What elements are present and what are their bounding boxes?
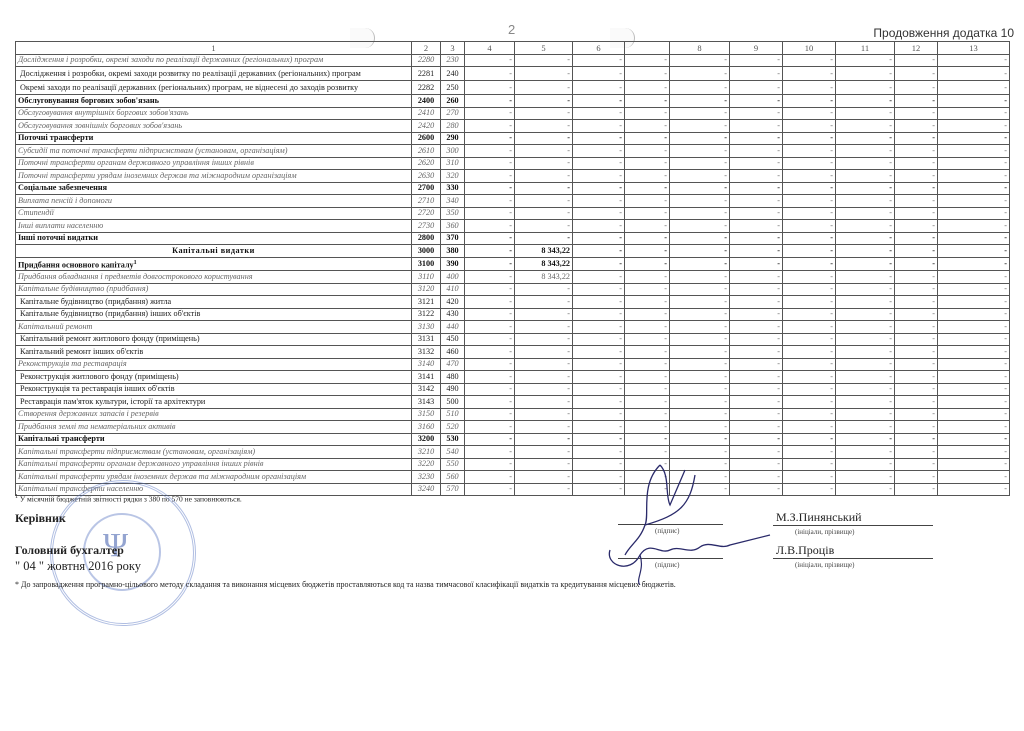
row-row: 570 [441, 483, 465, 496]
value-cell: - [465, 458, 515, 471]
table-row: Окремі заходи по реалізації державних (р… [16, 81, 1010, 95]
row-name: Субсидії та поточні трансферти підприємс… [16, 145, 412, 158]
value-cell: - [515, 458, 573, 471]
table-row: Придбання основного капіталу13100390-8 3… [16, 257, 1010, 271]
value-cell: - [670, 257, 730, 271]
row-row: 310 [441, 157, 465, 170]
value-cell: - [515, 54, 573, 67]
value-cell: - [938, 371, 1010, 384]
column-header: 2 [412, 42, 441, 55]
value-cell: - [895, 283, 938, 296]
column-header: 9 [730, 42, 783, 55]
value-cell: - [836, 433, 895, 446]
value-cell: - [938, 346, 1010, 359]
value-cell: - [938, 271, 1010, 284]
table-row: Соціальне забезпечення2700330---------- [16, 182, 1010, 195]
value-cell: - [625, 132, 670, 145]
row-code: 2410 [412, 107, 441, 120]
value-cell: - [465, 220, 515, 233]
value-cell: - [465, 383, 515, 396]
row-row: 470 [441, 358, 465, 371]
value-cell: - [836, 358, 895, 371]
value-cell: - [895, 471, 938, 484]
value-cell: - [573, 145, 625, 158]
value-cell: - [730, 107, 783, 120]
value-cell: - [895, 182, 938, 195]
value-cell: - [783, 271, 836, 284]
value-cell: - [938, 446, 1010, 459]
value-cell: - [895, 371, 938, 384]
value-cell: - [895, 157, 938, 170]
value-cell: - [625, 220, 670, 233]
value-cell: - [670, 107, 730, 120]
value-cell: - [730, 257, 783, 271]
row-code: 3110 [412, 271, 441, 284]
value-cell: - [730, 95, 783, 108]
row-row: 560 [441, 471, 465, 484]
row-row: 260 [441, 95, 465, 108]
value-cell: - [465, 358, 515, 371]
row-row: 300 [441, 145, 465, 158]
value-cell: - [938, 458, 1010, 471]
value-cell: - [670, 271, 730, 284]
row-name: Капітальний ремонт інших об'єктів [16, 346, 412, 359]
value-cell: - [465, 283, 515, 296]
value-cell: - [938, 333, 1010, 346]
expenditure-table: 1234568910111213 Дослідження і розробки,… [15, 41, 1010, 496]
value-cell: 8 343,22 [515, 271, 573, 284]
value-cell: - [938, 483, 1010, 496]
value-cell: - [515, 358, 573, 371]
value-cell: - [465, 396, 515, 409]
row-row: 280 [441, 120, 465, 133]
row-name: Капітальне будівництво (придбання) житла [16, 296, 412, 309]
value-cell: - [895, 433, 938, 446]
table-row: Капітальні трансферти органам державного… [16, 458, 1010, 471]
value-cell: - [573, 333, 625, 346]
value-cell: - [573, 107, 625, 120]
table-header-row: 1234568910111213 [16, 42, 1010, 55]
value-cell: - [730, 421, 783, 434]
row-code: 2630 [412, 170, 441, 183]
value-cell: - [670, 383, 730, 396]
value-cell: - [836, 283, 895, 296]
value-cell: - [465, 81, 515, 95]
table-row: Капітальне будівництво (придбання) житла… [16, 296, 1010, 309]
value-cell: - [573, 346, 625, 359]
row-row: 500 [441, 396, 465, 409]
value-cell: - [625, 182, 670, 195]
value-cell: - [515, 67, 573, 81]
value-cell: - [465, 257, 515, 271]
value-cell: - [783, 408, 836, 421]
value-cell: - [783, 383, 836, 396]
row-row: 520 [441, 421, 465, 434]
column-header [625, 42, 670, 55]
value-cell: - [783, 67, 836, 81]
table-row: Капітальний ремонт3130440---------- [16, 321, 1010, 334]
row-row: 380 [441, 245, 465, 258]
value-cell: - [836, 471, 895, 484]
value-cell: - [730, 157, 783, 170]
value-cell: - [730, 67, 783, 81]
value-cell: - [836, 446, 895, 459]
row-row: 420 [441, 296, 465, 309]
row-row: 330 [441, 182, 465, 195]
row-code: 3131 [412, 333, 441, 346]
value-cell: - [836, 54, 895, 67]
table-row: Інші поточні видатки2800370---------- [16, 232, 1010, 245]
value-cell: - [783, 107, 836, 120]
value-cell: - [836, 483, 895, 496]
row-code: 2282 [412, 81, 441, 95]
value-cell: - [625, 120, 670, 133]
value-cell: - [515, 107, 573, 120]
table-row: Реконструкція житлового фонду (приміщень… [16, 371, 1010, 384]
row-code: 2710 [412, 195, 441, 208]
value-cell: - [670, 81, 730, 95]
table-row: Дослідження і розробки, окремі заходи ро… [16, 67, 1010, 81]
value-cell: - [573, 54, 625, 67]
value-cell: - [730, 321, 783, 334]
table-row: Капітальний ремонт інших об'єктів3132460… [16, 346, 1010, 359]
column-header: 12 [895, 42, 938, 55]
value-cell: - [515, 346, 573, 359]
row-name: Капітальні трансферти [16, 433, 412, 446]
page-number: 2 [508, 22, 515, 37]
row-code: 2800 [412, 232, 441, 245]
row-name: Капітальне будівництво (придбання) [16, 283, 412, 296]
value-cell: - [465, 446, 515, 459]
value-cell: - [625, 170, 670, 183]
value-cell: - [573, 283, 625, 296]
value-cell: - [515, 120, 573, 133]
row-name: Окремі заходи по реалізації державних (р… [16, 81, 412, 95]
value-cell: - [670, 67, 730, 81]
value-cell: - [730, 170, 783, 183]
row-row: 400 [441, 271, 465, 284]
value-cell: - [670, 195, 730, 208]
row-name: Капітальні трансферти органам державного… [16, 458, 412, 471]
value-cell: - [895, 333, 938, 346]
value-cell: - [625, 408, 670, 421]
value-cell: - [730, 195, 783, 208]
value-cell: - [938, 471, 1010, 484]
value-cell: - [783, 396, 836, 409]
row-code: 2720 [412, 207, 441, 220]
value-cell: - [730, 296, 783, 309]
value-cell: - [730, 182, 783, 195]
row-code: 3100 [412, 257, 441, 271]
table-row: Придбання землі та нематеріальних активі… [16, 421, 1010, 434]
value-cell: - [836, 308, 895, 321]
row-name: Створення державних запасів і резервів [16, 408, 412, 421]
row-name: Дослідження і розробки, окремі заходи по… [16, 54, 412, 67]
value-cell: - [625, 321, 670, 334]
row-name: Капітальні видатки [16, 245, 412, 258]
value-cell: - [783, 182, 836, 195]
handwritten-signatures [600, 455, 800, 585]
value-cell: - [836, 232, 895, 245]
value-cell: - [895, 483, 938, 496]
value-cell: - [730, 371, 783, 384]
value-cell: - [465, 145, 515, 158]
value-cell: - [730, 333, 783, 346]
row-code: 2600 [412, 132, 441, 145]
value-cell: - [895, 95, 938, 108]
value-cell: - [938, 232, 1010, 245]
value-cell: - [515, 283, 573, 296]
row-name: Поточні трансферти урядам іноземних держ… [16, 170, 412, 183]
row-code: 3143 [412, 396, 441, 409]
row-row: 340 [441, 195, 465, 208]
value-cell: - [938, 157, 1010, 170]
accountant-name-caption: (ініціали, прізвище) [795, 561, 854, 569]
value-cell: - [730, 271, 783, 284]
row-name: Придбання обладнання і предметів довгост… [16, 271, 412, 284]
value-cell: - [938, 296, 1010, 309]
value-cell: - [625, 371, 670, 384]
value-cell: - [573, 232, 625, 245]
value-cell: - [836, 371, 895, 384]
value-cell: - [515, 383, 573, 396]
value-cell: - [515, 321, 573, 334]
value-cell: - [836, 383, 895, 396]
row-name: Інші виплати населенню [16, 220, 412, 233]
value-cell: - [783, 54, 836, 67]
value-cell: - [938, 81, 1010, 95]
value-cell: - [670, 421, 730, 434]
row-name: Поточні трансферти [16, 132, 412, 145]
value-cell: - [625, 195, 670, 208]
value-cell: - [836, 195, 895, 208]
value-cell: - [783, 333, 836, 346]
value-cell: - [836, 396, 895, 409]
row-row: 480 [441, 371, 465, 384]
value-cell: - [895, 67, 938, 81]
value-cell: - [730, 245, 783, 258]
row-name: Стипендії [16, 207, 412, 220]
value-cell: - [625, 95, 670, 108]
value-cell: - [573, 67, 625, 81]
row-row: 510 [441, 408, 465, 421]
value-cell: - [836, 257, 895, 271]
value-cell: - [730, 383, 783, 396]
value-cell: - [573, 271, 625, 284]
value-cell: - [836, 182, 895, 195]
table-row: Реконструкція та реставрація інших об'єк… [16, 383, 1010, 396]
row-code: 3210 [412, 446, 441, 459]
value-cell: - [465, 120, 515, 133]
value-cell: - [465, 296, 515, 309]
table-row: Капітальні трансферти урядам іноземних д… [16, 471, 1010, 484]
table-row: Капітальний ремонт житлового фонду (прим… [16, 333, 1010, 346]
row-row: 370 [441, 232, 465, 245]
value-cell: - [730, 408, 783, 421]
row-code: 2620 [412, 157, 441, 170]
value-cell: - [670, 396, 730, 409]
column-header: 3 [441, 42, 465, 55]
row-row: 320 [441, 170, 465, 183]
value-cell: - [670, 95, 730, 108]
value-cell: - [465, 195, 515, 208]
value-cell: - [783, 433, 836, 446]
value-cell: - [783, 308, 836, 321]
value-cell: - [465, 471, 515, 484]
value-cell: - [938, 308, 1010, 321]
row-code: 2280 [412, 54, 441, 67]
value-cell: - [836, 120, 895, 133]
value-cell: - [515, 433, 573, 446]
value-cell: - [515, 157, 573, 170]
value-cell: - [573, 220, 625, 233]
value-cell: - [938, 207, 1010, 220]
value-cell: - [730, 396, 783, 409]
value-cell: - [836, 81, 895, 95]
value-cell: - [836, 333, 895, 346]
table-row: Капітальні трансферти підприємствам (уст… [16, 446, 1010, 459]
column-header: 11 [836, 42, 895, 55]
value-cell: - [573, 396, 625, 409]
value-cell: - [625, 207, 670, 220]
value-cell: - [465, 95, 515, 108]
appendix-label: Продовження додатка 10 [873, 26, 1014, 40]
row-name: Обслуговування зовнішніх боргових зобов'… [16, 120, 412, 133]
value-cell: - [670, 170, 730, 183]
value-cell: - [895, 145, 938, 158]
value-cell: - [783, 371, 836, 384]
value-cell: - [938, 421, 1010, 434]
value-cell: - [465, 308, 515, 321]
value-cell: - [836, 107, 895, 120]
value-cell: - [938, 170, 1010, 183]
value-cell: - [515, 296, 573, 309]
value-cell: - [783, 195, 836, 208]
value-cell: - [573, 207, 625, 220]
value-cell: - [938, 195, 1010, 208]
value-cell: - [573, 383, 625, 396]
table-row: Виплата пенсій і допомоги2710340--------… [16, 195, 1010, 208]
table-row: Капітальні видатки3000380-8 343,22------… [16, 245, 1010, 258]
value-cell: - [465, 182, 515, 195]
value-cell: - [836, 245, 895, 258]
value-cell: - [573, 433, 625, 446]
value-cell: - [836, 132, 895, 145]
value-cell: - [938, 95, 1010, 108]
value-cell: - [573, 296, 625, 309]
row-row: 530 [441, 433, 465, 446]
value-cell: - [730, 232, 783, 245]
value-cell: - [625, 358, 670, 371]
row-name: Поточні трансферти органам державного уп… [16, 157, 412, 170]
value-cell: - [895, 321, 938, 334]
row-row: 240 [441, 67, 465, 81]
value-cell: - [625, 81, 670, 95]
row-name: Обслуговування боргових зобов'язань [16, 95, 412, 108]
value-cell: - [573, 371, 625, 384]
row-code: 2420 [412, 120, 441, 133]
value-cell: - [515, 145, 573, 158]
value-cell: - [895, 132, 938, 145]
row-code: 3130 [412, 321, 441, 334]
row-code: 3141 [412, 371, 441, 384]
value-cell: - [465, 421, 515, 434]
table-row: Дослідження і розробки, окремі заходи по… [16, 54, 1010, 67]
value-cell: - [670, 132, 730, 145]
value-cell: - [895, 383, 938, 396]
value-cell: - [783, 296, 836, 309]
value-cell: - [670, 182, 730, 195]
value-cell: - [938, 283, 1010, 296]
value-cell: - [515, 220, 573, 233]
value-cell: - [836, 207, 895, 220]
value-cell: - [938, 358, 1010, 371]
value-cell: - [895, 421, 938, 434]
row-code: 3140 [412, 358, 441, 371]
row-name: Капітальний ремонт житлового фонду (прим… [16, 333, 412, 346]
row-name: Реконструкція житлового фонду (приміщень… [16, 371, 412, 384]
value-cell: - [836, 145, 895, 158]
value-cell: - [670, 371, 730, 384]
value-cell: - [938, 132, 1010, 145]
value-cell: - [895, 220, 938, 233]
row-name: Реконструкція та реставрація [16, 358, 412, 371]
value-cell: - [730, 81, 783, 95]
value-cell: - [938, 67, 1010, 81]
row-row: 230 [441, 54, 465, 67]
value-cell: - [515, 132, 573, 145]
value-cell: - [938, 245, 1010, 258]
table-row: Інші виплати населенню2730360---------- [16, 220, 1010, 233]
value-cell: - [836, 346, 895, 359]
value-cell: - [836, 67, 895, 81]
value-cell: - [625, 67, 670, 81]
value-cell: - [515, 408, 573, 421]
table-row: Поточні трансферти2600290---------- [16, 132, 1010, 145]
value-cell: - [783, 157, 836, 170]
row-name: Капітальне будівництво (придбання) інших… [16, 308, 412, 321]
value-cell: - [465, 271, 515, 284]
value-cell: - [573, 257, 625, 271]
row-row: 490 [441, 383, 465, 396]
value-cell: - [895, 245, 938, 258]
row-row: 410 [441, 283, 465, 296]
value-cell: - [465, 207, 515, 220]
value-cell: - [895, 296, 938, 309]
value-cell: - [836, 408, 895, 421]
value-cell: - [895, 257, 938, 271]
value-cell: - [465, 245, 515, 258]
value-cell: - [465, 170, 515, 183]
value-cell: - [783, 120, 836, 133]
row-row: 350 [441, 207, 465, 220]
value-cell: - [515, 232, 573, 245]
table-row: Поточні трансферти урядам іноземних держ… [16, 170, 1010, 183]
row-name: Реставрація пам'яток культури, історії т… [16, 396, 412, 409]
value-cell: - [573, 245, 625, 258]
table-row: Субсидії та поточні трансферти підприємс… [16, 145, 1010, 158]
accountant-label: Головний бухгалтер [15, 543, 124, 558]
value-cell: - [895, 107, 938, 120]
value-cell: - [895, 271, 938, 284]
row-code: 3240 [412, 483, 441, 496]
row-row: 360 [441, 220, 465, 233]
row-code: 3122 [412, 308, 441, 321]
value-cell: - [625, 54, 670, 67]
value-cell: - [938, 107, 1010, 120]
value-cell: - [670, 433, 730, 446]
row-code: 3121 [412, 296, 441, 309]
